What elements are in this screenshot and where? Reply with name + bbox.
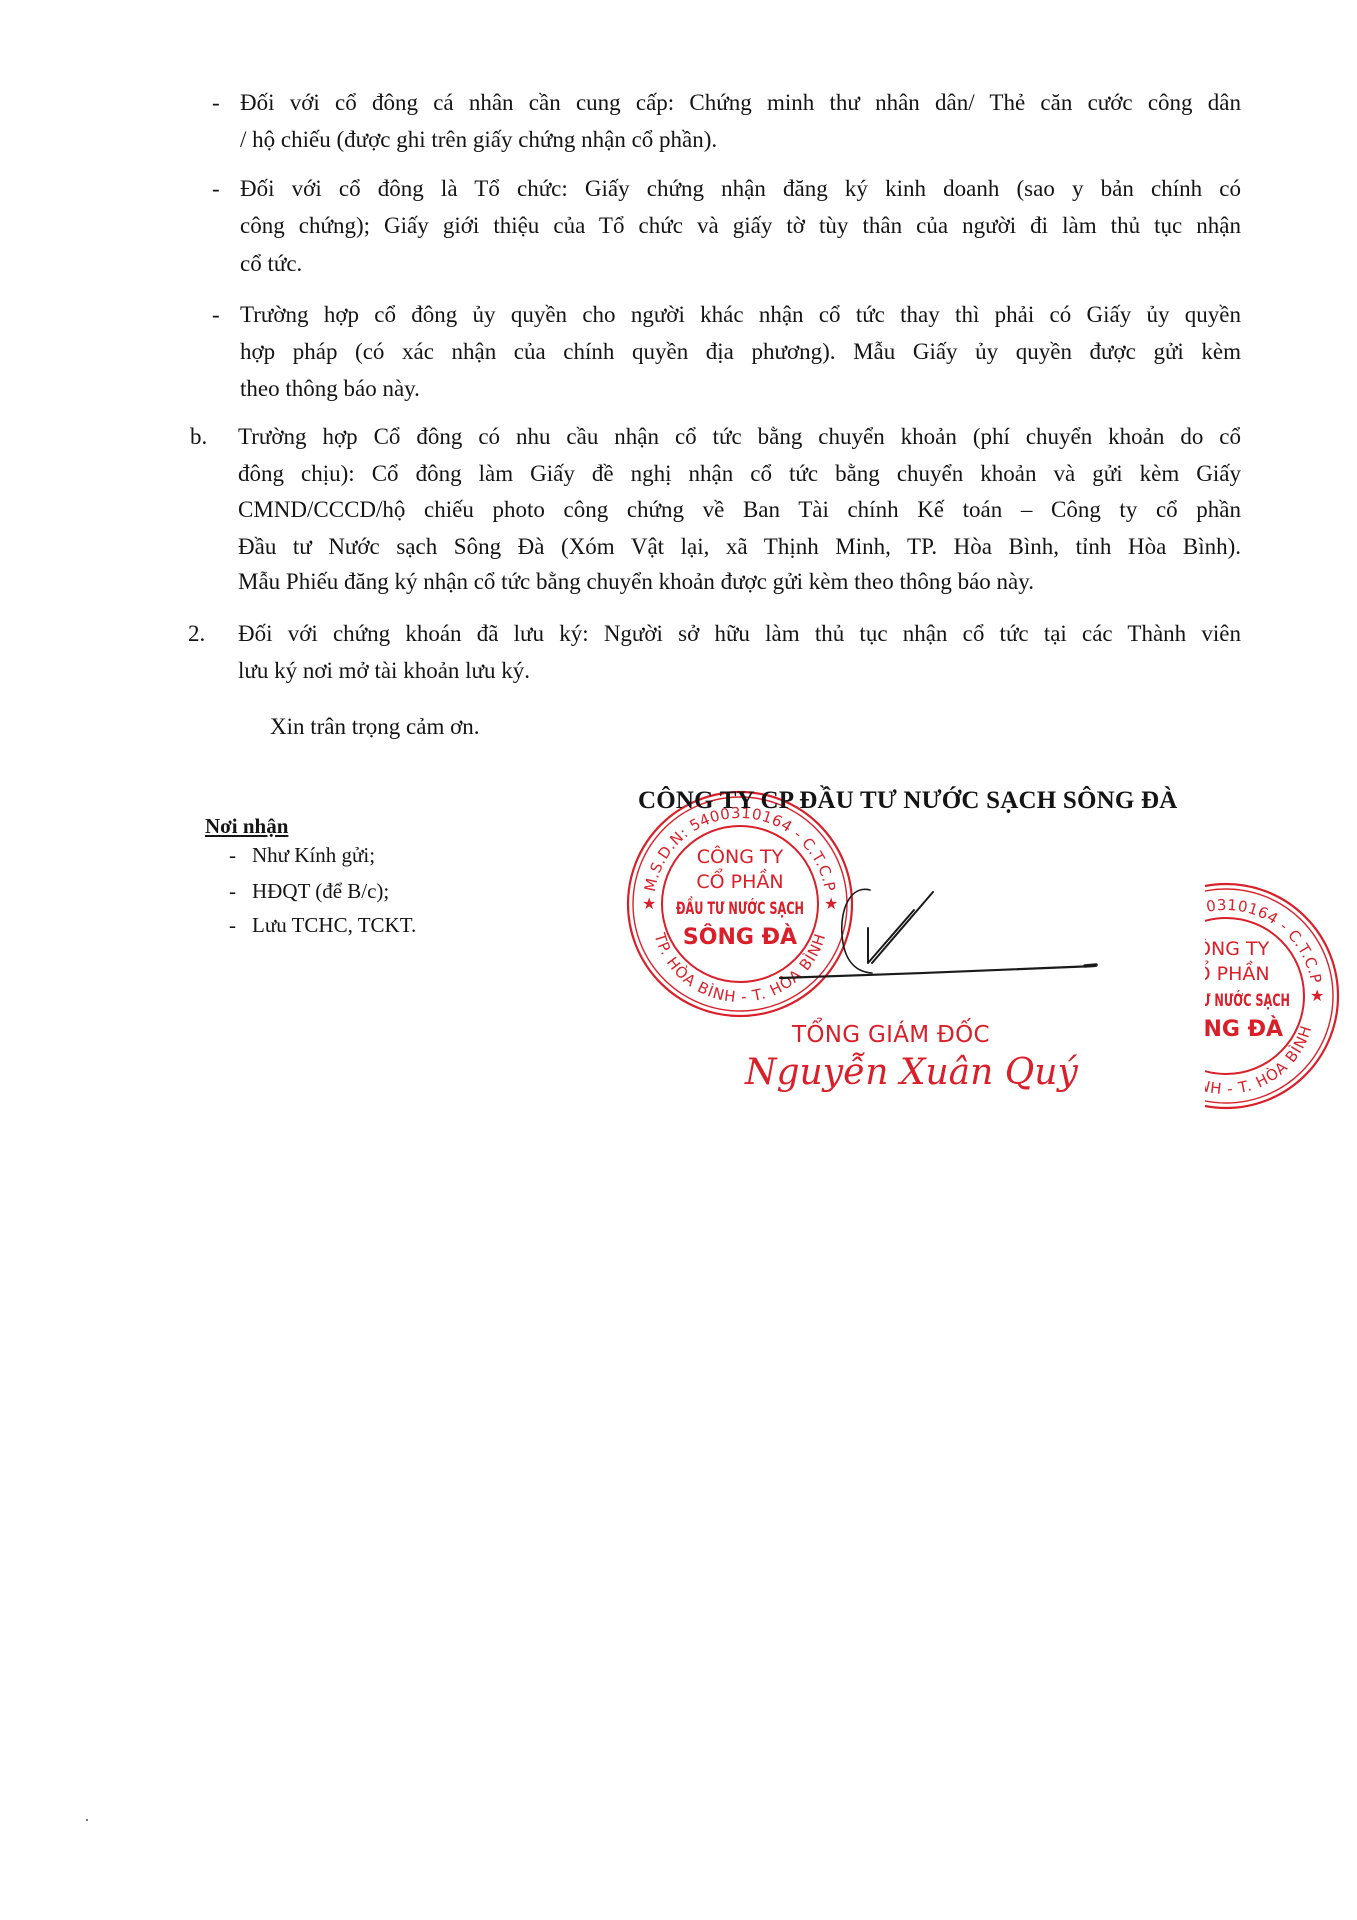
company-name-heading: CÔNG TY CP ĐẦU TƯ NƯỚC SẠCH SÔNG ĐÀ <box>638 787 1177 815</box>
paragraph-line: Trường hợp cổ đông ủy quyền cho người kh… <box>240 303 1241 326</box>
bullet-dash: - <box>229 845 236 866</box>
section-marker: 2. <box>188 622 205 645</box>
svg-text:ĐẦU TƯ NƯỚC SẠCH: ĐẦU TƯ NƯỚC SẠCH <box>1205 987 1290 1011</box>
paragraph-line: Đầu tư Nước sạch Sông Đà (Xóm Vật lại, x… <box>238 535 1241 558</box>
recipient-item: Lưu TCHC, TCKT. <box>252 915 416 936</box>
paragraph-line: / hộ chiếu (được ghi trên giấy chứng nhậ… <box>240 128 717 151</box>
signer-name: Nguyễn Xuân Quý <box>745 1052 1078 1093</box>
bullet-dash: - <box>229 915 236 936</box>
svg-text:CÔNG TY: CÔNG TY <box>1205 936 1270 960</box>
closing-text: Xin trân trọng cảm ơn. <box>270 715 480 738</box>
paragraph-line: Đối với cổ đông là Tổ chức: Giấy chứng n… <box>240 177 1241 200</box>
svg-text:★: ★ <box>1310 986 1324 1005</box>
bullet-dash: - <box>212 177 220 200</box>
paragraph-line: CMND/CCCD/hộ chiếu photo công chứng về B… <box>238 498 1241 521</box>
recipient-item: Như Kính gửi; <box>252 845 375 866</box>
recipients-title: Nơi nhận <box>205 814 288 839</box>
paragraph-line: Trường hợp Cổ đông có nhu cầu nhận cổ tứ… <box>238 425 1241 448</box>
paragraph-line: lưu ký nơi mở tài khoản lưu ký. <box>238 659 530 682</box>
section-marker: b. <box>190 425 207 448</box>
paragraph-line: đông chịu): Cổ đông làm Giấy đề nghị nhậ… <box>238 462 1241 485</box>
paragraph-line: Mẫu Phiếu đăng ký nhận cổ tức bằng chuyể… <box>238 570 1034 593</box>
svg-text:★: ★ <box>642 894 656 913</box>
recipient-item: HĐQT (để B/c); <box>252 881 389 902</box>
svg-text:CÔNG TY: CÔNG TY <box>697 844 784 868</box>
bullet-dash: - <box>212 303 220 326</box>
handwritten-signature-icon <box>760 880 1120 990</box>
edge-seal-icon: M.S.D.N: 5400310164 - C.T.C.P TP. HÒA BÌ… <box>1205 880 1342 1112</box>
paragraph-line: Đối với cổ đông cá nhân cần cung cấp: Ch… <box>240 91 1241 114</box>
svg-text:CỔ PHẦN: CỔ PHẦN <box>1205 959 1270 985</box>
scan-speck <box>86 1819 88 1821</box>
paragraph-line: hợp pháp (có xác nhận của chính quyền đị… <box>240 340 1241 363</box>
paragraph-line: công chứng); Giấy giới thiệu của Tổ chức… <box>240 214 1241 237</box>
signer-title: TỔNG GIÁM ĐỐC <box>792 1022 990 1048</box>
edge-seal: M.S.D.N: 5400310164 - C.T.C.P TP. HÒA BÌ… <box>1205 880 1357 1120</box>
paragraph-line: Đối với chứng khoán đã lưu ký: Người sở … <box>238 622 1241 645</box>
bullet-dash: - <box>212 91 220 114</box>
paragraph-line: cổ tức. <box>240 252 302 275</box>
paragraph-line: theo thông báo này. <box>240 377 420 400</box>
svg-text:SÔNG ĐÀ: SÔNG ĐÀ <box>1205 1016 1283 1042</box>
bullet-dash: - <box>229 881 236 902</box>
